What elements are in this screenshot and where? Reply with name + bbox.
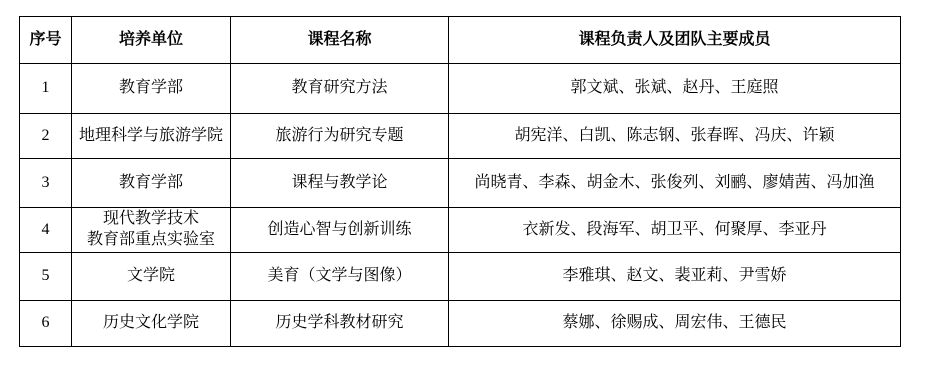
cell-training-unit: 文学院 — [72, 253, 231, 301]
header-course-name: 课程名称 — [231, 17, 449, 64]
table-row: 5 文学院 美育（文学与图像） 李雅琪、赵文、裴亚莉、尹雪娇 — [20, 253, 901, 301]
cell-serial-number: 2 — [20, 114, 72, 159]
cell-team-members: 郭文斌、张斌、赵丹、王庭照 — [449, 64, 901, 114]
cell-course-name: 教育研究方法 — [231, 64, 449, 114]
document-page: 序号 培养单位 课程名称 课程负责人及团队主要成员 1 教育学部 教育研究方法 … — [0, 0, 926, 379]
cell-serial-number: 4 — [20, 208, 72, 253]
table-row: 1 教育学部 教育研究方法 郭文斌、张斌、赵丹、王庭照 — [20, 64, 901, 114]
cell-course-name: 美育（文学与图像） — [231, 253, 449, 301]
cell-training-unit: 历史文化学院 — [72, 301, 231, 347]
cell-serial-number: 5 — [20, 253, 72, 301]
course-table: 序号 培养单位 课程名称 课程负责人及团队主要成员 1 教育学部 教育研究方法 … — [19, 16, 901, 347]
table-row: 3 教育学部 课程与教学论 尚晓青、李森、胡金木、张俊列、刘鹂、廖婧茜、冯加渔 — [20, 159, 901, 208]
table-row: 4 现代教学技术 教育部重点实验室 创造心智与创新训练 衣新发、段海军、胡卫平、… — [20, 208, 901, 253]
cell-training-unit: 现代教学技术 教育部重点实验室 — [72, 208, 231, 253]
table-row: 2 地理科学与旅游学院 旅游行为研究专题 胡宪洋、白凯、陈志钢、张春晖、冯庆、许… — [20, 114, 901, 159]
cell-training-unit: 教育学部 — [72, 159, 231, 208]
table-row: 6 历史文化学院 历史学科教材研究 蔡娜、徐赐成、周宏伟、王德民 — [20, 301, 901, 347]
cell-course-name: 课程与教学论 — [231, 159, 449, 208]
header-training-unit: 培养单位 — [72, 17, 231, 64]
cell-serial-number: 3 — [20, 159, 72, 208]
cell-team-members: 蔡娜、徐赐成、周宏伟、王德民 — [449, 301, 901, 347]
header-team-members: 课程负责人及团队主要成员 — [449, 17, 901, 64]
cell-course-name: 创造心智与创新训练 — [231, 208, 449, 253]
cell-serial-number: 1 — [20, 64, 72, 114]
cell-team-members: 胡宪洋、白凯、陈志钢、张春晖、冯庆、许颖 — [449, 114, 901, 159]
cell-course-name: 历史学科教材研究 — [231, 301, 449, 347]
header-serial-number: 序号 — [20, 17, 72, 64]
cell-course-name: 旅游行为研究专题 — [231, 114, 449, 159]
cell-team-members: 尚晓青、李森、胡金木、张俊列、刘鹂、廖婧茜、冯加渔 — [449, 159, 901, 208]
cell-training-unit: 教育学部 — [72, 64, 231, 114]
cell-training-unit: 地理科学与旅游学院 — [72, 114, 231, 159]
cell-team-members: 衣新发、段海军、胡卫平、何聚厚、李亚丹 — [449, 208, 901, 253]
cell-team-members: 李雅琪、赵文、裴亚莉、尹雪娇 — [449, 253, 901, 301]
table-header-row: 序号 培养单位 课程名称 课程负责人及团队主要成员 — [20, 17, 901, 64]
cell-serial-number: 6 — [20, 301, 72, 347]
